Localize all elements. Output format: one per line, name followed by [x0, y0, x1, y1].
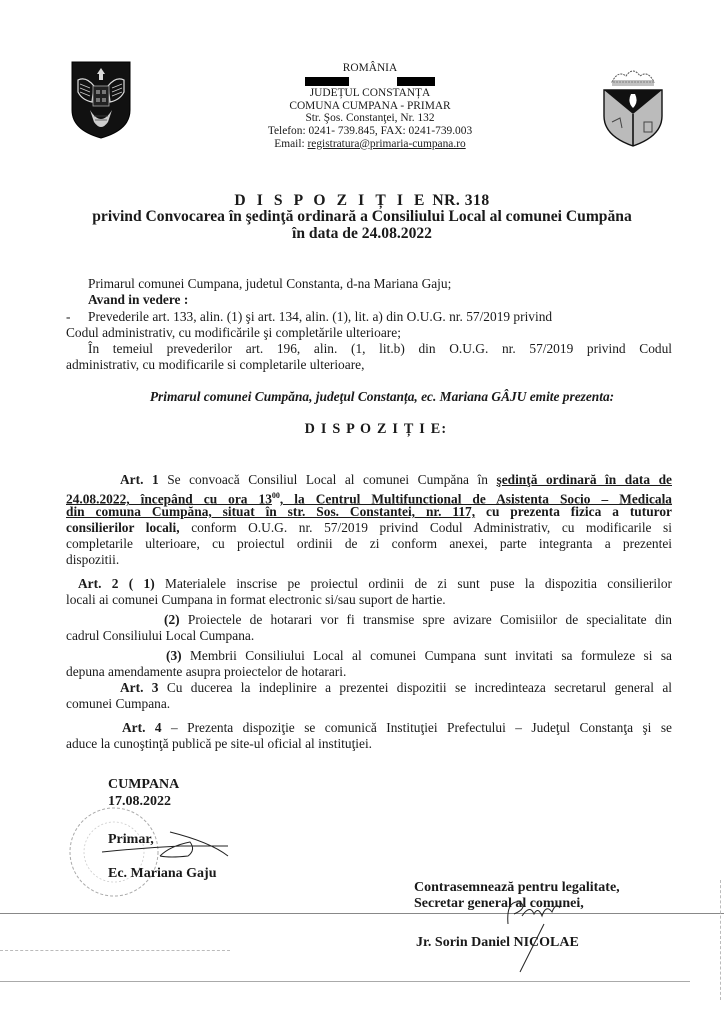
art1-text: Se convoacă Consiliul Local al comunei C… — [167, 472, 488, 487]
document-subject: privind Convocarea în şedinţă ordinară a… — [0, 208, 724, 226]
art1-meeting-type: şedinţă ordinară în data de — [496, 472, 672, 487]
signature-place: CUMPANA — [108, 777, 179, 794]
considering-heading: Avand in vedere : — [88, 292, 188, 309]
art3-line2: comunei Cumpana. — [66, 696, 672, 713]
art1-label: Art. 1 — [66, 472, 159, 487]
bullet-dash: - — [66, 309, 70, 326]
issuer-statement: Primarul comunei Cumpăna, judeţul Consta… — [0, 389, 724, 406]
romania-coat-of-arms-icon — [68, 58, 134, 140]
mayor-intro: Primarul comunei Cumpana, judetul Consta… — [88, 276, 451, 293]
art1-attendance: cu prezenta fizica a tuturor — [486, 504, 672, 519]
letterhead: ROMÂNIA JUDEȚUL CONSTANȚA COMUNA CUMPANA… — [230, 62, 510, 150]
basis-line1: În temeiul prevederilor art. 196, alin. … — [88, 341, 672, 358]
mayor-name: Ec. Mariana Gaju — [108, 866, 217, 883]
art1-councillors: consilierilor locali, — [66, 520, 180, 535]
email-label: Email: — [274, 138, 304, 150]
art2-p2-line1: (2) Proiectele de hotarari vor fi transm… — [66, 612, 672, 629]
art4-label: Art. 4 — [66, 720, 162, 735]
county-name: JUDEȚUL CONSTANȚA — [230, 87, 510, 100]
secretary-signature-icon — [500, 894, 570, 974]
art2-label: Art. 2 ( 1) — [66, 576, 155, 591]
commune-name: COMUNA CUMPANA - PRIMAR — [230, 100, 510, 113]
section-heading: D I S P O Z I Ț I E: — [0, 421, 724, 438]
email-line: Email: registratura@primaria-cumpana.ro — [230, 138, 510, 151]
address: Str. Şos. Constanţei, Nr. 132 — [230, 112, 510, 125]
redaction-bar — [397, 77, 435, 86]
art4-text: – Prezenta dispoziţie se comunică Instit… — [171, 720, 672, 735]
art2-p1-text: Materialele inscrise pe proiectul ordini… — [165, 576, 672, 591]
secretary-name: Jr. Sorin Daniel NICOLAE — [416, 935, 579, 952]
redacted-block — [230, 75, 510, 88]
art2-p3-text: Membrii Consiliului Local al comunei Cum… — [190, 648, 672, 663]
art2-p3-label: (3) — [66, 648, 182, 663]
divider-line — [0, 913, 724, 914]
phone-fax: Telefon: 0241- 739.845, FAX: 0241-739.00… — [230, 125, 510, 138]
art3-line1: Art. 3 Cu ducerea la indeplinire a preze… — [66, 680, 672, 697]
art2-line2: locali ai comunei Cumpana in format elec… — [66, 592, 672, 609]
edge-line — [720, 880, 721, 1000]
art3-label: Art. 3 — [66, 680, 158, 695]
art2-p2-line2: cadrul Consiliului Local Cumpana. — [66, 628, 672, 645]
document-type: D I S P O Z I Ț I E — [234, 192, 428, 209]
country-name: ROMÂNIA — [230, 62, 510, 75]
art1-line3: din comuna Cumpăna, situat în str. Sos. … — [66, 504, 672, 521]
art1-line4: consilierilor locali, conform O.U.G. nr.… — [66, 520, 672, 537]
art1-line1: Art. 1 Se convoacă Consiliul Local al co… — [66, 472, 672, 489]
art2-p2-label: (2) — [66, 612, 180, 627]
document-number: NR. 318 — [432, 192, 489, 209]
cumpana-coat-of-arms-icon — [598, 66, 668, 148]
dashed-line — [0, 950, 230, 951]
bullet1-line2: Codul administrativ, cu modificările şi … — [66, 325, 401, 342]
art2-p2-text: Proiectele de hotarari vor fi transmise … — [188, 612, 672, 627]
document-subject-date: în data de 24.08.2022 — [0, 225, 724, 243]
basis-line2: administrativ, cu modificarile si comple… — [66, 357, 364, 374]
art4-line2: aduce la cunoştinţă publică pe site-ul o… — [66, 736, 672, 753]
art2-p3-line1: (3) Membrii Consiliului Local al comunei… — [66, 648, 672, 665]
art3-text: Cu ducerea la indeplinire a prezentei di… — [167, 680, 672, 695]
art1-line6: dispozitii. — [66, 552, 672, 569]
art1-minutes: 00 — [272, 491, 280, 500]
redaction-bar — [305, 77, 349, 86]
bottom-rule — [0, 981, 690, 982]
art4-line1: Art. 4 – Prezenta dispoziţie se comunică… — [66, 720, 672, 737]
art1-address: din comuna Cumpăna, situat în str. Sos. … — [66, 504, 475, 519]
bullet1-line1: Prevederile art. 133, alin. (1) şi art. … — [88, 309, 552, 326]
art1-line5: completarile ulterioare, cu proiectul or… — [66, 536, 672, 553]
email-link[interactable]: registratura@primaria-cumpana.ro — [308, 138, 466, 150]
art1-legal-basis: conform O.U.G. nr. 57/2019 privind Codul… — [191, 520, 672, 535]
art2-line1: Art. 2 ( 1) Materialele inscrise pe proi… — [66, 576, 672, 593]
mayor-signature-icon — [100, 826, 230, 866]
art2-p3-line2: depuna amendamente asupra proiectelor de… — [66, 664, 672, 681]
